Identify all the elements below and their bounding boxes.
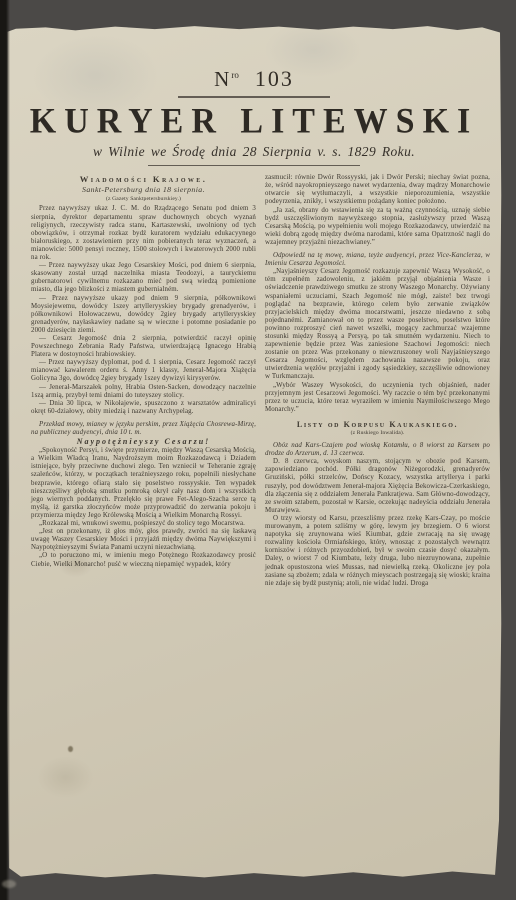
issue-value: 103 — [255, 66, 294, 91]
newspaper-title: KURYER LITEWSKI — [6, 102, 502, 142]
paragraph: „Nayjaśnieyszy Cesarz Jegomość rozkazuje… — [265, 268, 490, 381]
paragraph: „Ja zaś, obrany do wstawienia się za tą … — [265, 207, 490, 247]
masthead: Nro103 KURYER LITEWSKI w Wilnie we Środę… — [6, 24, 502, 166]
paragraph: „Spokoyność Persyi, i święte przymierze,… — [31, 447, 256, 520]
paragraph: zasmucił: równie Dwór Rossyyski, jak i D… — [265, 174, 490, 206]
scanned-newspaper: Nro103 KURYER LITEWSKI w Wilnie we Środę… — [0, 0, 516, 900]
paragraph: — Jenerał-Marszałek polny, Hrabia Osten-… — [31, 384, 256, 400]
article-columns: Wiadomości Krajowe.Sankt-Petersburg dnia… — [6, 166, 502, 588]
ink-stain — [68, 746, 73, 752]
paragraph: Wiadomości Krajowe. — [31, 175, 256, 183]
paragraph: Listy od Korpusu Kaukaskiego. — [265, 421, 490, 429]
paragraph: — Przez naywyższy ukaz Jego Cesarskiey M… — [31, 262, 256, 294]
scan-smudge — [2, 880, 16, 888]
paragraph: — Przez naywyższe ukazy pod dniem 9 sier… — [31, 295, 256, 335]
issue-superscript: ro — [231, 70, 239, 80]
divider-rule — [178, 96, 330, 98]
divider-rule — [148, 165, 360, 167]
paragraph: (z Gazety Sanktpetersburskiey.) — [31, 195, 256, 203]
paragraph: O trzy wiorsty od Karsu, przeszliśmy prz… — [265, 515, 490, 588]
dateline: w Wilnie we Środę dnia 28 Sierpnia v. s.… — [6, 144, 502, 160]
paragraph: (z Ruskiego Inwalida). — [265, 429, 490, 437]
binding-shadow — [0, 0, 10, 900]
issue-label: N — [214, 67, 231, 91]
paragraph: Obóz nad Kars-Czajem pod wioską Kotamłu,… — [265, 442, 490, 458]
left-column: Wiadomości Krajowe.Sankt-Petersburg dnia… — [31, 174, 256, 588]
paragraph: — Dnia 30 lipca, w Nikołajewie, spuszczo… — [31, 400, 256, 416]
right-column: zasmucił: równie Dwór Rossyyski, jak i D… — [265, 174, 490, 588]
paragraph: „Jest on przekonany, iż głos móy, głos p… — [31, 528, 256, 552]
paragraph: — Przez naywyższy dyplomat, pod d. 1 sie… — [31, 359, 256, 383]
paragraph: Odpowiedź na tę mowę, miana, teyże audye… — [265, 252, 490, 268]
newspaper-page: Nro103 KURYER LITEWSKI w Wilnie we Środę… — [6, 24, 502, 880]
paragraph: „Rozkazał mi, wnukowi swemu, pośpieszyć … — [31, 520, 256, 528]
paragraph: Naypotężnieyszy Cesarzu! — [31, 438, 256, 446]
paragraph: — Cesarz Jegomość dnia 2 sierpnia, potwi… — [31, 335, 256, 359]
paragraph: „O to poruczono mi, w imieniu mego Potęż… — [31, 552, 256, 568]
issue-number: Nro103 — [6, 66, 502, 92]
paragraph: Przekład mowy, mianey w języku perskim, … — [31, 421, 256, 437]
paragraph: Sankt-Petersburg dnia 18 sierpnia. — [31, 186, 256, 194]
paragraph: „Wybór Waszey Wysokości, do uczynienia t… — [265, 382, 490, 414]
paragraph: D. 8 czerwca, woyskom naszym, stojącym w… — [265, 458, 490, 515]
paragraph: Przez naywyższy ukaz J. C. M. do Rządząc… — [31, 205, 256, 262]
